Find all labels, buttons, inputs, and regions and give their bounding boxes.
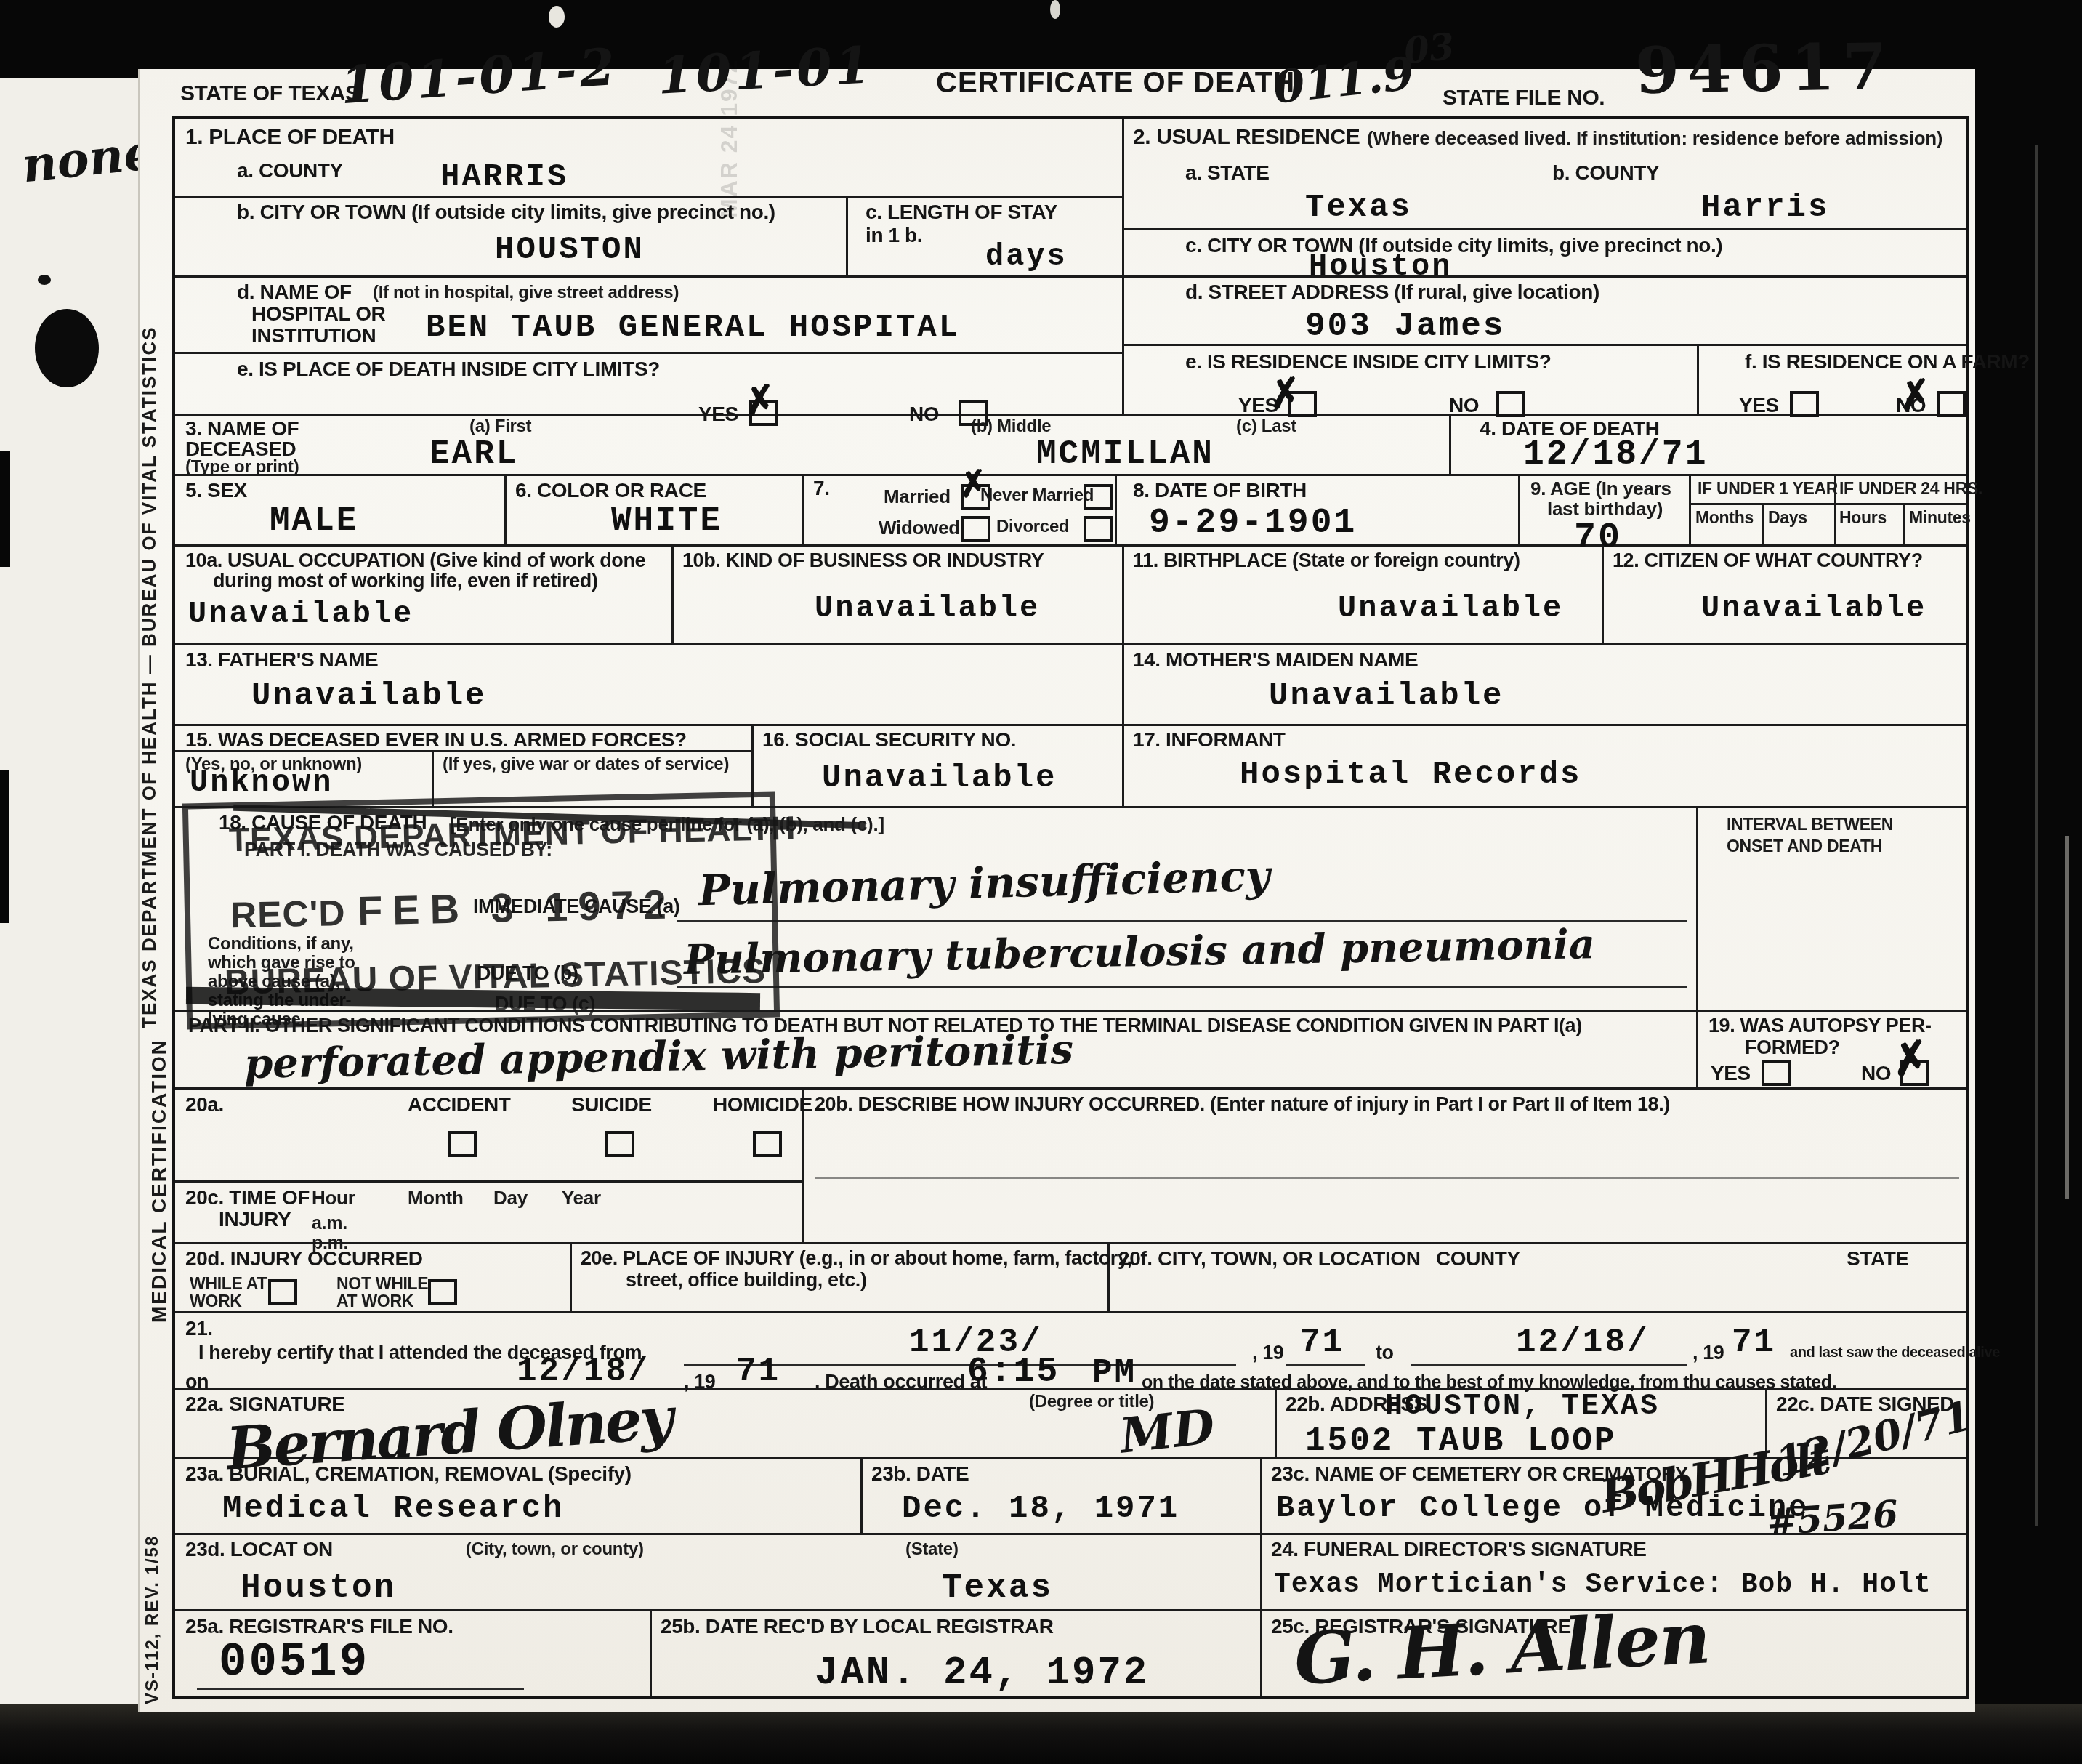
divider-v: [1275, 1388, 1277, 1457]
field-19-yes-checkbox: [1762, 1060, 1791, 1086]
field-16-value: Unavailable: [822, 762, 1057, 794]
field-25b-label: 25b. DATE REC'D BY LOCAL REGISTRAR: [661, 1615, 1054, 1638]
divider-h: [1122, 344, 1966, 346]
field-20a-homicide-checkbox: [753, 1131, 782, 1157]
divider-h: [175, 1533, 1966, 1535]
field-8-label: 8. DATE OF BIRTH: [1133, 479, 1307, 502]
field-1d-label2: HOSPITAL OR: [251, 302, 385, 325]
divider-h: [175, 1311, 1966, 1313]
field-1e-label: e. IS PLACE OF DEATH INSIDE CITY LIMITS?: [237, 358, 660, 380]
field-8-value: 9-29-1901: [1149, 506, 1357, 541]
divider-h: [815, 1177, 1959, 1179]
divider-h: [1689, 503, 1966, 505]
field-21-text2: . Death occurred at: [815, 1371, 987, 1393]
field-20c-am-label: a.m.: [312, 1214, 347, 1234]
divider-v: [671, 544, 674, 643]
field-21-tail2: on the date stated above, and to the bes…: [1142, 1372, 1836, 1393]
field-23a-value: Medical Research: [222, 1493, 564, 1525]
field-2a-label: a. STATE: [1185, 161, 1270, 184]
divider-v: [1762, 503, 1764, 544]
field-2b-label: b. COUNTY: [1552, 161, 1659, 184]
field-20d-while-label2: WORK: [190, 1292, 242, 1310]
field-20f-state-label: STATE: [1847, 1247, 1909, 1270]
film-scratch: [2035, 145, 2038, 1526]
field-14-value: Unavailable: [1269, 680, 1504, 712]
field-1c-value: days: [985, 241, 1068, 272]
divider-h: [175, 544, 1966, 547]
film-artifact: [1050, 0, 1060, 19]
field-20f-label: 20f. CITY, TOWN, OR LOCATION: [1118, 1247, 1421, 1270]
field-5-value: MALE: [270, 504, 358, 538]
divider-h: [1122, 228, 1966, 230]
field-7-label: 7.: [813, 477, 830, 499]
field-21-to-date: 12/18/: [1516, 1326, 1650, 1359]
field-14-label: 14. MOTHER'S MAIDEN NAME: [1133, 648, 1418, 671]
field-23b-value: Dec. 18, 1971: [902, 1493, 1179, 1525]
field-22b-line2: 1502 TAUB LOOP: [1305, 1425, 1616, 1458]
field-20c-day-label: Day: [493, 1188, 528, 1209]
field-4-value: 12/18/71: [1523, 438, 1708, 472]
field-21-ampm: PM: [1092, 1356, 1137, 1390]
field-2f-no-checkbox: [1937, 391, 1966, 417]
field-21-number: 21.: [185, 1317, 213, 1340]
film-edge-bottom: [0, 1704, 2082, 1764]
field-23d-paren1: (City, town, or county): [466, 1540, 644, 1559]
divider-h: [175, 643, 1966, 645]
field-20c-month-label: Month: [408, 1188, 463, 1209]
divider-h: [175, 275, 1122, 278]
divider-v: [1122, 643, 1124, 724]
cause-b-line: [677, 986, 1687, 988]
field-25a-line: [197, 1688, 524, 1690]
handwritten-code-2: 101-01: [656, 39, 874, 101]
field-2f-label: f. IS RESIDENCE ON A FARM?: [1745, 350, 2030, 373]
certificate-title: CERTIFICATE OF DEATH: [936, 67, 1295, 100]
field-1c-label: c. LENGTH OF STAY: [866, 201, 1057, 223]
field-20e-label1: 20e. PLACE OF INJURY (e.g., in or about …: [581, 1247, 1132, 1269]
field-20d-notwhile-checkbox: [428, 1279, 457, 1305]
field-20d-while-label1: WHILE AT: [190, 1275, 267, 1293]
field-2d-label: d. STREET ADDRESS (If rural, give locati…: [1185, 281, 1599, 303]
field-20a-suicide-checkbox: [605, 1131, 634, 1157]
field-21-to-year: 71: [1732, 1326, 1776, 1359]
field-2c-value: Houston: [1309, 251, 1452, 282]
field-1-title: 1. PLACE OF DEATH: [185, 125, 395, 150]
field-2d-value: 903 James: [1305, 310, 1505, 343]
field-21-19b: , 19: [1692, 1342, 1724, 1364]
field-20c-hour-label: Hour: [312, 1188, 355, 1209]
divider-h: [175, 1242, 1966, 1244]
field-2b-value: Harris: [1701, 192, 1829, 224]
field-7-never-checkbox: [1084, 484, 1113, 510]
field-3-first-label: (a) First: [469, 417, 531, 436]
field-7-divorced-label: Divorced: [996, 517, 1069, 536]
field-1e-no-label: NO: [909, 403, 939, 425]
field-21-line: [1411, 1364, 1687, 1366]
field-17-value: Hospital Records: [1240, 759, 1581, 791]
field-25a-label: 25a. REGISTRAR'S FILE NO.: [185, 1615, 453, 1638]
field-17-label: 17. INFORMANT: [1133, 728, 1285, 751]
field-2f-no-mark: ✗: [1896, 373, 1934, 416]
field-9-hours-label: Hours: [1839, 509, 1887, 527]
margin-medical-certification-text: MEDICAL CERTIFICATION: [148, 1010, 171, 1323]
divider-v: [1260, 1457, 1262, 1533]
film-streak-left: [0, 451, 10, 567]
field-21-19c: , 19: [684, 1371, 715, 1393]
field-7-widowed-checkbox: [961, 516, 990, 542]
field-20c-year-label: Year: [562, 1188, 601, 1209]
field-21-to: to: [1376, 1342, 1394, 1364]
field-18-interval-label1: INTERVAL BETWEEN: [1727, 815, 1893, 834]
divider-h: [1122, 275, 1966, 278]
divider-v: [650, 1609, 652, 1696]
field-12-value: Unavailable: [1701, 593, 1926, 624]
state-of-texas-label: STATE OF TEXAS: [180, 81, 360, 106]
divider-h: [175, 352, 1122, 354]
stamp-recd-text: REC'D: [230, 892, 346, 936]
field-19-label2: FORMED?: [1745, 1036, 1840, 1058]
field-2-title: 2. USUAL RESIDENCE: [1133, 125, 1360, 150]
punch-hole: [35, 309, 99, 387]
margin-handwritten-note: none: [20, 128, 156, 190]
divider-v: [1122, 724, 1124, 806]
cause-a-handwriting: Pulmonary insufficiency: [698, 855, 1270, 912]
field-10a-label2: during most of working life, even if ret…: [213, 570, 598, 592]
field-21-tail1: and last saw the deceased alive: [1790, 1345, 2000, 1361]
degree-handwriting: MD: [1118, 1402, 1216, 1459]
cause-b-handwriting: Pulmonary tuberculosis and pneumonia: [684, 924, 1596, 980]
field-3-label3: (Type or print): [185, 458, 299, 477]
divider-v: [1518, 474, 1520, 544]
field-21-on-year: 71: [736, 1355, 780, 1388]
divider-v: [1115, 474, 1117, 544]
field-11-value: Unavailable: [1338, 593, 1563, 624]
field-2f-yes-label: YES: [1739, 394, 1779, 416]
field-24-value: Texas Mortician's Service: Bob H. Holt: [1274, 1571, 1932, 1599]
field-20d-notwhile-label2: AT WORK: [336, 1292, 413, 1310]
field-2f-yes-checkbox: [1790, 391, 1819, 417]
field-10a-label1: 10a. USUAL OCCUPATION (Give kind of work…: [185, 549, 645, 571]
field-5-label: 5. SEX: [185, 479, 247, 502]
field-3-last-value: MCMILLAN: [1036, 438, 1214, 471]
field-7-widowed-label: Widowed: [879, 517, 960, 539]
field-3-label1: 3. NAME OF: [185, 417, 299, 440]
state-file-number: 94617: [1634, 28, 1895, 108]
field-3-middle-label: (b) Middle: [971, 417, 1051, 436]
field-6-label: 6. COLOR OR RACE: [515, 479, 706, 502]
field-20a-accident-checkbox: [448, 1131, 477, 1157]
divider-v: [1696, 806, 1698, 1087]
field-6-value: WHITE: [611, 504, 722, 538]
divider-h: [175, 196, 1122, 198]
handwritten-code-small: 03: [1403, 28, 1456, 69]
divider-v: [860, 1457, 863, 1533]
registrar-signature: G. H. Allen: [1293, 1603, 1711, 1696]
field-23d-label: 23d. LOCAT ON: [185, 1538, 333, 1560]
field-20d-notwhile-label1: NOT WHILE: [336, 1275, 428, 1293]
field-23b-label: 23b. DATE: [871, 1462, 969, 1485]
field-20d-label: 20d. INJURY OCCURRED: [185, 1247, 423, 1270]
field-19-no-mark: ✗: [1889, 1034, 1932, 1084]
field-20c-label2: INJURY: [219, 1208, 291, 1231]
field-9-months-label: Months: [1695, 509, 1754, 527]
field-19-no-label: NO: [1861, 1062, 1891, 1084]
field-23d-city-value: Houston: [241, 1571, 396, 1605]
divider-v: [802, 474, 804, 544]
field-21-time: 6:15: [967, 1355, 1060, 1390]
punch-hole-small: [38, 275, 51, 285]
field-1d-paren: (If not in hospital, give street address…: [373, 283, 679, 302]
field-23d-state-value: Texas: [942, 1571, 1053, 1605]
certificate-form: 1. PLACE OF DEATH a. COUNTY HARRIS b. CI…: [172, 116, 1969, 1699]
field-13-label: 13. FATHER'S NAME: [185, 648, 378, 671]
state-file-no-label: STATE FILE NO.: [1443, 86, 1605, 110]
field-9-days-label: Days: [1768, 509, 1807, 527]
divider-v: [1689, 474, 1691, 544]
field-2e-label: e. IS RESIDENCE INSIDE CITY LIMITS?: [1185, 350, 1552, 373]
stamp-date-text: FEB 3 1972: [357, 880, 677, 934]
field-21-from-year: 71: [1300, 1326, 1344, 1359]
field-15-label: 15. WAS DECEASED EVER IN U.S. ARMED FORC…: [185, 728, 687, 751]
field-2a-value: Texas: [1305, 192, 1412, 224]
field-1d-label: d. NAME OF: [237, 281, 352, 303]
field-20a-suicide-label: SUICIDE: [571, 1093, 652, 1116]
field-13-value: Unavailable: [251, 680, 486, 712]
divider-h: [175, 724, 1966, 726]
field-25a-value: 00519: [219, 1640, 369, 1686]
field-20a-label: 20a.: [185, 1093, 224, 1116]
field-1b-label: b. CITY OR TOWN (If outside city limits,…: [237, 201, 775, 223]
field-15-sub2: (If yes, give war or dates of service): [443, 755, 729, 774]
field-15-value: Unknown: [190, 768, 333, 798]
field-2e-no-label: NO: [1449, 394, 1479, 416]
film-scratch: [2065, 836, 2069, 1199]
divider-v: [570, 1242, 572, 1311]
field-2e-yes-mark: ✗: [1266, 371, 1304, 415]
field-21-19a: , 19: [1252, 1342, 1283, 1364]
scanned-death-certificate: none STATE OF TEXAS 101-01-2 101-01 CERT…: [0, 0, 2082, 1764]
field-12-label: 12. CITIZEN OF WHAT COUNTRY?: [1613, 549, 1923, 571]
field-19-yes-label: YES: [1711, 1062, 1751, 1084]
field-20c-label1: 20c. TIME OF: [185, 1186, 310, 1209]
field-1e-yes-label: YES: [698, 403, 738, 425]
divider-h: [175, 414, 1966, 416]
field-9-under1yr-label: IF UNDER 1 YEAR: [1698, 480, 1838, 498]
field-10b-value: Unavailable: [815, 593, 1040, 624]
funeral-director-license-number: #5526: [1765, 1496, 1899, 1542]
field-23a-label: 23a. BURIAL, CREMATION, REMOVAL (Specify…: [185, 1462, 632, 1485]
field-1e-yes-mark: ✗: [741, 379, 778, 422]
field-7-divorced-checkbox: [1084, 516, 1113, 542]
field-1c-label2: in 1 b.: [866, 224, 922, 246]
field-1a-label: a. COUNTY: [237, 159, 343, 182]
divider-v: [1697, 344, 1699, 414]
field-10a-value: Unavailable: [188, 599, 413, 629]
field-20a-homicide-label: HOMICIDE: [713, 1093, 812, 1116]
field-2e-no-checkbox: [1496, 391, 1525, 417]
part2-handwriting: perforated appendix with peritonitis: [244, 1029, 1074, 1084]
field-9-label1: 9. AGE (In years: [1530, 478, 1671, 499]
divider-h: [175, 1180, 802, 1183]
field-23d-paren2: (State): [905, 1540, 959, 1559]
field-9-under24-label: IF UNDER 24 HRS.: [1839, 480, 1982, 498]
divider-v: [1122, 119, 1124, 414]
divider-v: [1260, 1533, 1262, 1609]
divider-v: [1449, 414, 1451, 474]
divider-h: [175, 1087, 1966, 1090]
field-24-label: 24. FUNERAL DIRECTOR'S SIGNATURE: [1271, 1538, 1647, 1560]
field-18-interval-label2: ONSET AND DEATH: [1727, 837, 1882, 855]
handwritten-cause-code: 011.9: [1271, 51, 1416, 110]
field-20f-county-label: COUNTY: [1436, 1247, 1520, 1270]
field-22b-line1: HOUSTON, TEXAS: [1385, 1393, 1660, 1422]
field-20d-while-checkbox: [268, 1279, 297, 1305]
field-16-label: 16. SOCIAL SECURITY NO.: [762, 728, 1016, 751]
stamp-agency-text: TEXAS DEPARTMENT OF HEALTH: [228, 808, 796, 859]
field-1a-value: HARRIS: [440, 161, 568, 193]
divider-v: [1903, 503, 1905, 544]
divider-v: [1602, 544, 1604, 643]
field-9-label2: last birthday): [1547, 499, 1663, 520]
field-20e-label2: street, office building, etc.): [626, 1269, 867, 1291]
field-2-title-paren: (Where deceased lived. If institution: r…: [1367, 128, 1942, 149]
field-21-on: on: [185, 1371, 209, 1393]
divider-v: [1260, 1609, 1262, 1696]
divider-v: [1122, 544, 1124, 643]
field-2c-label: c. CITY OR TOWN (If outside city limits,…: [1185, 234, 1722, 257]
divider-v: [504, 474, 507, 544]
field-25b-value: JAN. 24, 1972: [815, 1654, 1149, 1693]
divider-v: [846, 196, 848, 275]
field-10b-label: 10b. KIND OF BUSINESS OR INDUSTRY: [682, 549, 1044, 571]
field-1d-value: BEN TAUB GENERAL HOSPITAL: [426, 312, 960, 344]
field-3-last-label: (c) Last: [1236, 417, 1296, 436]
field-7-never-label: Never Married: [980, 486, 1094, 505]
field-11-label: 11. BIRTHPLACE (State or foreign country…: [1133, 549, 1520, 571]
field-20b-label: 20b. DESCRIBE HOW INJURY OCCURRED. (Ente…: [815, 1093, 1670, 1115]
field-3-first-value: EARL: [429, 438, 518, 471]
film-artifact: [549, 6, 565, 28]
film-streak-left: [0, 770, 9, 923]
field-21-line: [1286, 1364, 1365, 1366]
field-1d-label3: INSTITUTION: [251, 324, 376, 347]
margin-agency-text: TEXAS DEPARTMENT OF HEALTH — BUREAU OF V…: [138, 193, 161, 1028]
field-9-minutes-label: Minutes: [1909, 509, 1971, 527]
field-20a-accident-label: ACCIDENT: [408, 1093, 510, 1116]
field-1b-value: HOUSTON: [495, 234, 645, 266]
field-21-on-date: 12/18/: [517, 1355, 650, 1388]
margin-form-number: VS-112, REV. 1/58: [142, 1494, 163, 1704]
field-7-married-label: Married: [884, 486, 951, 507]
